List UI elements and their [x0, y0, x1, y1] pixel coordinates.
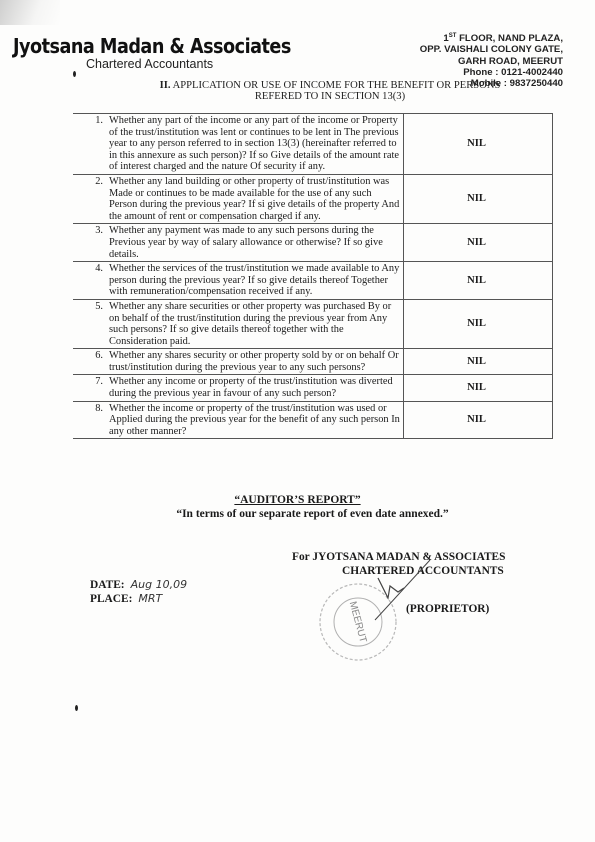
question-number: 5.	[73, 301, 109, 347]
section-title-line-2: REFERED TO IN SECTION 13(3)	[100, 91, 560, 102]
question-cell: 4.Whether the services of the trust/inst…	[73, 262, 404, 300]
question-number: 1.	[73, 115, 109, 173]
question-text: Whether the services of the trust/instit…	[109, 263, 400, 298]
auditor-report-line: “In terms of our separate report of even…	[0, 508, 595, 520]
question-text: Whether any shares security or other pro…	[109, 350, 400, 373]
date-place-block: DATE:Aug 10,09 PLACE:MRT	[90, 578, 187, 606]
question-text: Whether any share securities or other pr…	[109, 301, 400, 347]
section-number: II.	[160, 80, 171, 91]
address-line-3: GARH ROAD, MEERUT	[420, 56, 563, 67]
date-line: DATE:Aug 10,09	[90, 578, 187, 592]
question-row: 5.Whether any share securities or other …	[73, 299, 553, 348]
firm-subtitle: Chartered Accountants	[86, 57, 213, 71]
question-cell: 1.Whether any part of the income or any …	[73, 114, 404, 175]
question-row: 8.Whether the income or property of the …	[73, 401, 553, 439]
phone-line: Phone : 0121-4002440	[420, 67, 563, 78]
question-row: 3.Whether any payment was made to any su…	[73, 224, 553, 262]
question-row: 7.Whether any income or property of the …	[73, 375, 553, 401]
question-row: 6.Whether any shares security or other p…	[73, 349, 553, 375]
scan-shadow	[0, 0, 60, 25]
answer-cell: NIL	[404, 114, 553, 175]
section-title: II. APPLICATION OR USE OF INCOME FOR THE…	[100, 80, 560, 102]
answer-cell: NIL	[404, 299, 553, 348]
answer-cell: NIL	[404, 375, 553, 401]
question-text: Whether any part of the income or any pa…	[109, 115, 400, 173]
signature-icon	[370, 558, 480, 628]
ink-speck	[73, 71, 76, 77]
answer-cell: NIL	[404, 262, 553, 300]
place-value: MRT	[138, 592, 162, 605]
question-cell: 6.Whether any shares security or other p…	[73, 349, 404, 375]
firm-logo: Jyotsana Madan & Associates	[13, 34, 291, 58]
svg-text:MEERUT: MEERUT	[347, 600, 369, 644]
answer-cell: NIL	[404, 224, 553, 262]
question-number: 7.	[73, 376, 109, 399]
question-cell: 7.Whether any income or property of the …	[73, 375, 404, 401]
question-text: Whether any land building or other prope…	[109, 176, 400, 222]
date-value: Aug 10,09	[131, 578, 187, 591]
question-row: 1.Whether any part of the income or any …	[73, 114, 553, 175]
answer-cell: NIL	[404, 349, 553, 375]
auditor-report-title: “AUDITOR’S REPORT”	[0, 494, 595, 506]
question-cell: 5.Whether any share securities or other …	[73, 299, 404, 348]
question-number: 6.	[73, 350, 109, 373]
question-number: 3.	[73, 225, 109, 260]
address-line-2: OPP. VAISHALI COLONY GATE,	[420, 44, 563, 55]
ink-speck	[75, 705, 78, 711]
answer-cell: NIL	[404, 401, 553, 439]
place-line: PLACE:MRT	[90, 592, 187, 606]
question-row: 4.Whether the services of the trust/inst…	[73, 262, 553, 300]
question-number: 2.	[73, 176, 109, 222]
question-number: 4.	[73, 263, 109, 298]
answer-cell: NIL	[404, 174, 553, 223]
question-row: 2.Whether any land building or other pro…	[73, 174, 553, 223]
questions-table: 1.Whether any part of the income or any …	[73, 113, 553, 439]
question-text: Whether any payment was made to any such…	[109, 225, 400, 260]
proprietor-label: (PROPRIETOR)	[406, 603, 489, 615]
question-cell: 3.Whether any payment was made to any su…	[73, 224, 404, 262]
question-cell: 2.Whether any land building or other pro…	[73, 174, 404, 223]
question-text: Whether the income or property of the tr…	[109, 403, 400, 438]
address-line-1: 1ST FLOOR, NAND PLAZA,	[420, 31, 563, 44]
question-text: Whether any income or property of the tr…	[109, 376, 400, 399]
question-number: 8.	[73, 403, 109, 438]
question-cell: 8.Whether the income or property of the …	[73, 401, 404, 439]
